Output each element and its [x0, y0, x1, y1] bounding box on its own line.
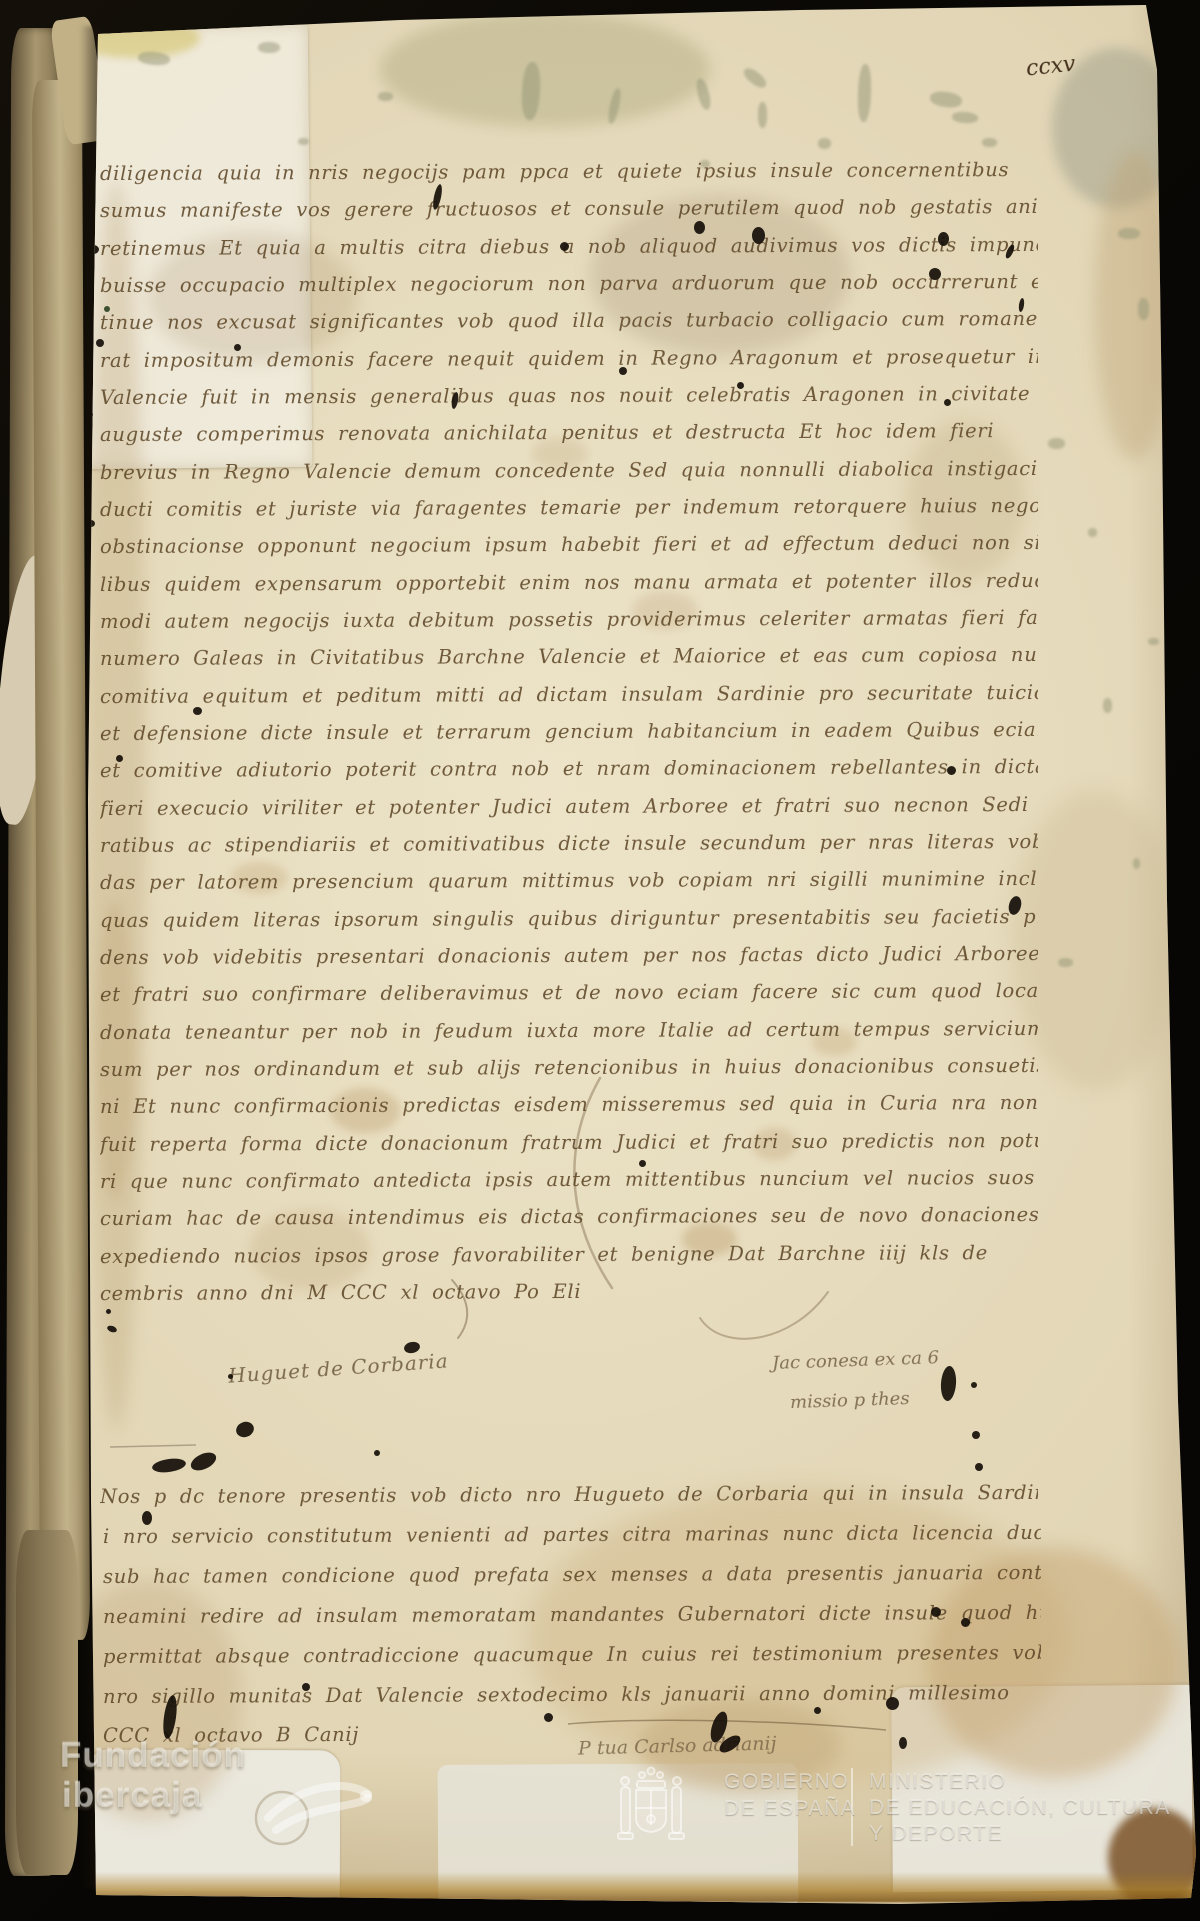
manuscript-line: et defensione dicte insule et terrarum g… — [100, 718, 1038, 756]
manuscript-line: auguste comperimus renovata anichilata p… — [100, 419, 1038, 457]
manuscript-line: rat impositum demonis facere nequit quid… — [100, 345, 1038, 383]
binding-strip — [16, 1530, 78, 1875]
manuscript-line: sumus manifeste vos gerere fructuosos et… — [100, 195, 1038, 233]
ink-blot — [374, 1450, 380, 1456]
manuscript-scan: ccxv diligencia quia in nris negocijs pa… — [0, 0, 1200, 1921]
manuscript-line: neamini redire ad insulam memoratam mand… — [103, 1601, 1041, 1639]
ministerio-watermark-line: MINISTERIO — [869, 1770, 1007, 1794]
ink-blot — [929, 268, 941, 280]
manuscript-line: Nos p dc tenore presentis vob dicto nro … — [100, 1481, 1038, 1519]
manuscript-line: sub hac tamen condicione quod prefata se… — [103, 1561, 1041, 1599]
ink-blot — [302, 1683, 310, 1691]
manuscript-line: et comitive adiutorio poterit contra nob… — [100, 755, 1038, 793]
manuscript-line: cembris anno dni M CCC xl octavo Po Eli — [100, 1278, 1038, 1316]
ink-blot — [234, 344, 241, 351]
ink-blot — [619, 367, 627, 375]
manuscript-line: quas quidem literas ipsorum singulis qui… — [100, 905, 1038, 943]
manuscript-line: ni Et nunc confirmacionis predictas eisd… — [100, 1091, 1038, 1129]
ink-blot — [228, 1374, 233, 1379]
manuscript-line: fuit reperta forma dicte donacionum frat… — [100, 1129, 1038, 1167]
ministerio-watermark-line: DE EDUCACIÓN, CULTURA — [869, 1796, 1171, 1820]
manuscript-line: sum per nos ordinandum et sub alijs rete… — [100, 1054, 1038, 1092]
ink-blot — [560, 242, 569, 251]
manuscript-line: nro sigillo munitas Dat Valencie sextode… — [103, 1681, 1041, 1719]
manuscript-line: ri que nunc confirmato antedicta ipsis a… — [100, 1166, 1038, 1204]
manuscript-line: buisse occupacio multiplex negociorum no… — [100, 270, 1038, 308]
ink-blot — [938, 232, 949, 246]
fundacion-watermark: Fundación — [60, 1736, 246, 1776]
ink-blot — [544, 1713, 553, 1722]
ink-blot — [142, 1511, 152, 1525]
manuscript-line: libus quidem expensarum opportebit enim … — [100, 569, 1038, 607]
manuscript-line: numero Galeas in Civitatibus Barchne Val… — [100, 643, 1038, 681]
spain-coat-of-arms-icon — [618, 1763, 684, 1847]
manuscript-page: ccxv diligencia quia in nris negocijs pa… — [0, 0, 1200, 1921]
manuscript-line: Valencie fuit in mensis generalibus quas… — [100, 382, 1038, 420]
ink-blot — [116, 755, 123, 762]
deckle-edge — [70, 1872, 1195, 1902]
gobierno-watermark-line: DE ESPAÑA — [724, 1797, 856, 1821]
ink-blot — [96, 339, 104, 347]
ibercaja-swoosh-icon — [262, 1772, 378, 1842]
ink-blot — [694, 221, 705, 234]
ink-blot — [886, 1697, 899, 1710]
ministerio-watermark-line: Y DEPORTE — [869, 1822, 1003, 1846]
manuscript-line: obstinacionse opponunt negocium ipsum ha… — [100, 531, 1038, 569]
manuscript-line: tinue nos excusat significantes vob quod… — [100, 307, 1038, 345]
manuscript-line: permittat absque contradiccione quacumqu… — [103, 1641, 1041, 1679]
ink-blot — [752, 227, 765, 244]
registrar-note-line: missio p thes — [790, 1388, 910, 1413]
manuscript-line: fieri execucio viriliter et potenter Jud… — [100, 793, 1038, 831]
ink-blot — [104, 306, 110, 312]
manuscript-line: brevius in Regno Valencie demum conceden… — [100, 457, 1038, 495]
manuscript-line: modi autem negocijs iuxta debitum posset… — [100, 606, 1038, 644]
ink-blot — [944, 399, 951, 406]
manuscript-line: i nro servicio constitutum venienti ad p… — [103, 1521, 1041, 1559]
manuscript-line: expediendo nucios ipsos grose favorabili… — [100, 1241, 1038, 1279]
ink-blot — [947, 766, 956, 775]
ink-blot — [737, 382, 744, 389]
ink-blot — [961, 1618, 970, 1627]
ink-blot — [106, 1309, 111, 1314]
ink-blot — [899, 1737, 907, 1749]
ink-blot — [814, 1707, 821, 1714]
ibercaja-watermark: ibercaja — [62, 1776, 202, 1816]
manuscript-line: diligencia quia in nris negocijs pam ppc… — [100, 158, 1038, 196]
manuscript-line: curiam hac de causa intendimus eis dicta… — [100, 1203, 1038, 1241]
manuscript-line: retinemus Et quia a multis citra diebus … — [100, 233, 1038, 271]
ink-blot — [639, 1160, 646, 1167]
ink-blot — [971, 1382, 977, 1388]
ink-blot — [975, 1463, 983, 1471]
manuscript-line: comitiva equitum et peditum mitti ad dic… — [100, 681, 1038, 719]
ink-blot — [972, 1431, 980, 1439]
gobierno-watermark-line: GOBIERNO — [724, 1770, 849, 1794]
manuscript-line: donata teneantur per nob in feudum iuxta… — [100, 1017, 1038, 1055]
folio-number: ccxv — [1025, 51, 1077, 81]
ink-blot — [931, 1607, 941, 1617]
manuscript-line: dens vob videbitis presentari donacionis… — [100, 942, 1038, 980]
manuscript-line: et fratri suo confirmare deliberavimus e… — [100, 979, 1038, 1017]
manuscript-line: ducti comitis et juriste via faragentes … — [100, 494, 1038, 532]
manuscript-line: ratibus ac stipendiariis et comitivatibu… — [100, 830, 1038, 868]
manuscript-line: das per latorem presencium quarum mittim… — [100, 867, 1038, 905]
ink-blot — [193, 707, 202, 715]
